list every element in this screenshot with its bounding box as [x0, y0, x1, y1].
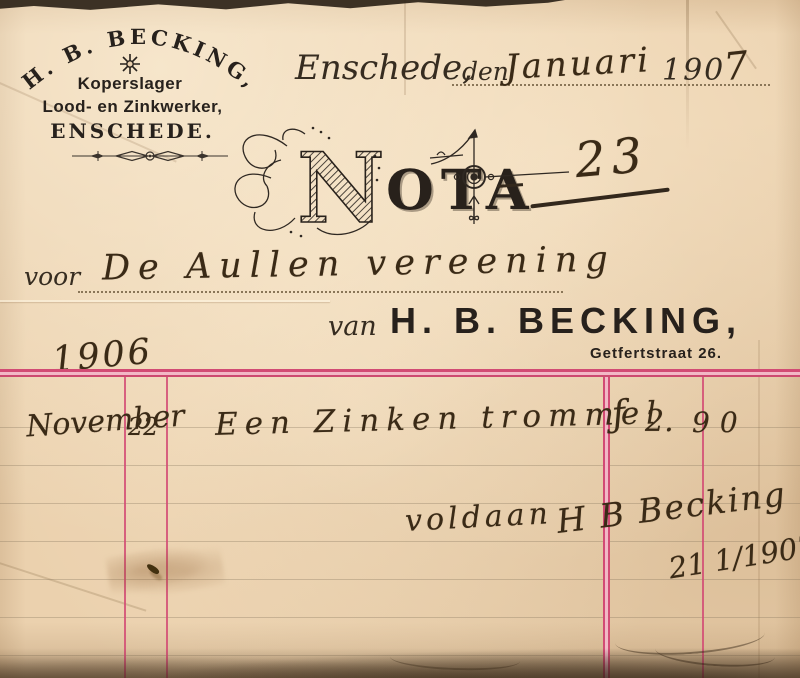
paper-top-edge	[0, 0, 565, 11]
entry-amount-guilders: 2.	[645, 404, 674, 439]
letterhead-divider-ornament	[70, 147, 230, 165]
dateline-year-printed: 190	[662, 53, 725, 88]
dateline-month-handwritten: Januari	[504, 40, 652, 88]
issuer-label: van	[328, 311, 377, 342]
invoice-page: H. B. BECKING, Koperslager Lood- en Zink…	[0, 0, 800, 678]
recipient-dotted-rule	[78, 291, 563, 293]
nota-number-handwritten: 23	[573, 127, 651, 189]
recipient-name-handwritten: De Aullen vereening	[102, 240, 616, 289]
recipient-label: voor	[24, 262, 80, 291]
nota-title-ornament: N OTA OTA	[225, 120, 575, 240]
letterhead-trade-line2: Lood- en Zinkwerker,	[10, 97, 255, 117]
ledger-top-rule	[0, 369, 800, 377]
nota-rest: OTA	[386, 157, 536, 222]
dateline-den: den	[462, 57, 509, 86]
nota-initial: N	[297, 132, 385, 240]
eight-point-star-icon	[119, 53, 141, 75]
entry-amount-cents: 90	[692, 406, 748, 439]
issuer-address: Getfertstraat 26.	[590, 345, 722, 362]
dateline-year-digit-handwritten: 7	[722, 43, 751, 89]
letterhead-trade-line1: Koperslager	[55, 74, 205, 94]
paper-crease	[0, 300, 330, 302]
issuer-company-name: H. B. BECKING,	[390, 300, 742, 342]
letterhead-city: ENSCHEDE.	[35, 119, 230, 143]
dateline-place: Enschede,	[295, 48, 473, 88]
entry-day: 22	[128, 413, 159, 441]
